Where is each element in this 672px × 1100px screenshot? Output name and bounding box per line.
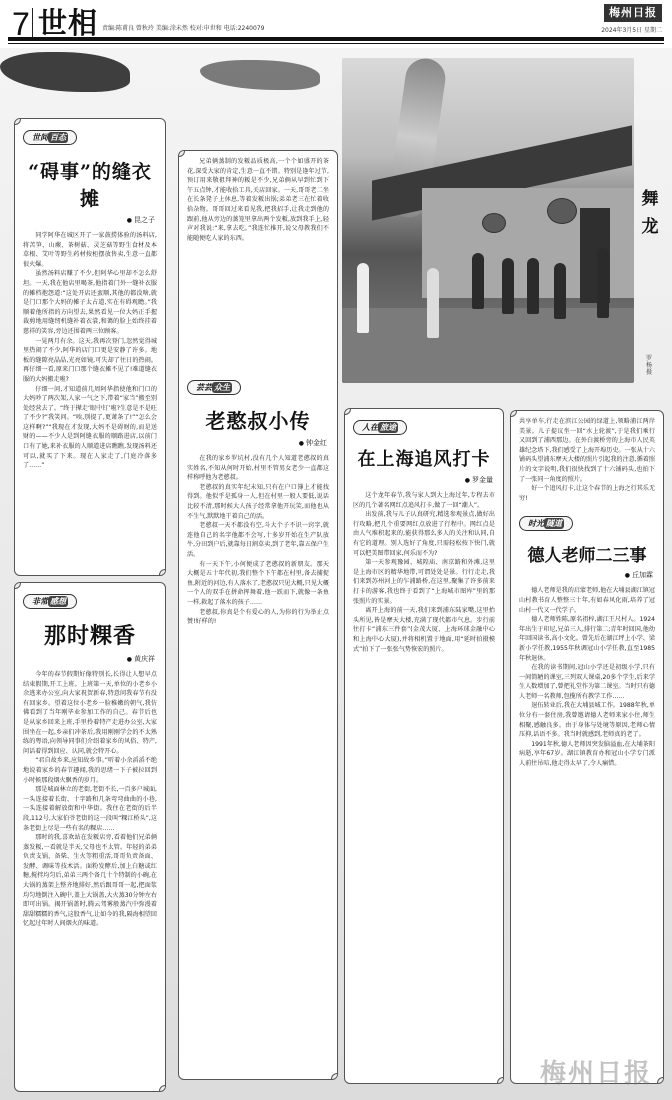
article-body: 在我的家乡罗坑村,没有几个人知道老憨叔的真实姓名,不知从何时开始,村里不管男女老… (187, 454, 329, 627)
person-figure (502, 258, 514, 314)
person-figure (357, 263, 369, 333)
article-headline: 那时粿香 (23, 619, 157, 650)
article-headline: 德人老师二三事 (519, 541, 655, 566)
street (342, 308, 634, 383)
article-body: 今年的春节假期好像特别长,长得让人想早点结束假期,开工上班。上班第一天,单位的小… (23, 670, 157, 929)
article-card-teacher: 共享单车,行走在滨江公园的绿道上,领略浦江两岸美景。儿子提议坐一回“水上轮渡”,… (510, 410, 664, 1084)
article-card-old-han: 兄弟俩蒸制的发粄品质极高,一个个如盛开的茶花,深受大家的肯定,生意一直不错。特别… (178, 150, 338, 1080)
person-figure (554, 263, 566, 319)
photo-caption: 舞龙 (636, 185, 664, 241)
article-headline: “碍事”的缝衣摊 (23, 157, 157, 211)
person-figure (427, 268, 439, 338)
article-headline: 在上海追风打卡 (353, 445, 495, 471)
article-byline: 昆之子 (23, 215, 155, 225)
article-byline: 罗金量 (353, 475, 493, 485)
column-tag: 世间百态 (23, 130, 77, 145)
masthead-rule-thin (8, 43, 664, 44)
article-card-shanghai: 人在旅途 在上海追风打卡 罗金量 这个龙年春节,我与家人到大上海过年,专程去市区… (344, 408, 504, 1084)
column-tag: 芸芸众生 (187, 380, 241, 395)
article-body: 这个龙年春节,我与家人到大上海过年,专程去市区的几个著名网红点追风打卡,做了一回… (353, 491, 495, 654)
editor-credits: 责编:陈甫良 曾秋玲 美编:涂未然 校对:申世和 电话:2240079 (102, 23, 264, 32)
dragon-dance-photo (342, 58, 634, 383)
masthead-rule-thick (8, 37, 664, 41)
article-body: 德人老师是我的启蒙老师,他在大埔县湖江镇冠山村教书育人整整三十年,有如春风化雨,… (519, 586, 655, 768)
person-figure (597, 248, 609, 318)
article-card-rice-cake: 非常感想 那时粿香 黄庆祥 今年的春节假期好像特别长,长得让人想早点结束假期,开… (14, 582, 166, 1092)
article-continuation: 兄弟俩蒸制的发粄品质极高,一个个如盛开的茶花,深受大家的肯定,生意一直不错。特别… (187, 157, 329, 372)
article-body: 同学阿华在城区开了一家鼓捞体验的汤料店,将苦笋、山蕨、茶树菇、灵芝菇等野生食材及… (23, 231, 157, 471)
newspaper-watermark: 梅州日报 (540, 1053, 652, 1090)
page-number-divider (32, 8, 33, 38)
newspaper-logo: 梅州日报 (604, 4, 662, 22)
person-figure (472, 253, 484, 309)
column-tag: 人在旅途 (353, 420, 407, 435)
issue-date: 2024年3月5日 星期二 (601, 25, 662, 34)
article-byline: 丘加霖 (519, 570, 653, 580)
photo-credit: 罗杨 摄 (646, 355, 656, 376)
column-tag: 时光隧道 (519, 516, 573, 531)
person-figure (527, 258, 539, 314)
section-title: 世相 (38, 6, 98, 40)
column-tag: 非常感想 (23, 594, 77, 609)
masthead: 7 世相 责编:陈甫良 曾秋玲 美编:涂未然 校对:申世和 电话:2240079… (0, 0, 672, 50)
article-byline: 钟金红 (187, 438, 327, 448)
red-lantern (547, 198, 577, 224)
red-lantern (482, 213, 506, 233)
shanghai-continuation: 共享单车,行走在滨江公园的绿道上,领略浦江两岸美景。儿子提议坐一回“水上轮渡”,… (519, 417, 655, 503)
article-headline: 老憨叔小传 (187, 405, 329, 434)
article-byline: 黄庆祥 (23, 654, 155, 664)
page-number: 7 (12, 7, 30, 41)
article-card-sewing-stall: 世间百态 “碍事”的缝衣摊 昆之子 同学阿华在城区开了一家鼓捞体验的汤料店,将苦… (14, 118, 166, 576)
